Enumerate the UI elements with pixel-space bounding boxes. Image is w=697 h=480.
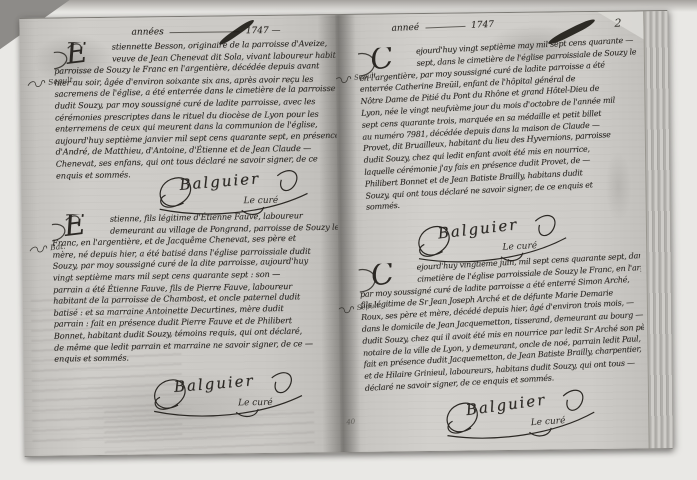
header-rule [425, 25, 465, 28]
signature-flourish-icon [431, 381, 610, 446]
entry-text: cimetière de l'église parroissiale de So… [359, 262, 647, 395]
register-entry: E stienne, fils légitime d'Étienne Fauve… [52, 210, 341, 375]
signature-role: Le curé [502, 241, 537, 253]
right-page: anneé 1747 2 Sepult C ejourd'huy vingt s… [335, 11, 648, 452]
cure-signature: Balguier Le curé [431, 381, 610, 446]
scan-canvas: { "colors":{"ink":"#2b2824","paper":"#c9… [0, 0, 697, 480]
page-header: années 1747 — [131, 26, 280, 38]
signature-role: Le curé [244, 196, 279, 206]
gutter-shadow [317, 15, 360, 452]
book-page-edges [643, 11, 673, 448]
entry-text: veuve de Jean Chenevat dit Sola, vivant … [54, 49, 340, 181]
header-word: années [131, 27, 163, 37]
register-entry: C ejourd'huy vingt septième may mil sept… [358, 34, 645, 220]
margin-paraph-icon [26, 77, 47, 89]
page-number: 2 [614, 17, 621, 30]
left-page: années 1747 — Sepult. E stiennette Besso… [19, 15, 340, 456]
register-book-spread: années 1747 — Sepult. E stiennette Besso… [19, 10, 672, 457]
register-entry: C ejourd'huy vingtième juin, mil sept ce… [358, 250, 647, 401]
cure-signature: Balguier Le curé [140, 365, 317, 421]
entry-text: demeurant au village de Pongrand, parroi… [52, 221, 341, 365]
header-year: 1747 [471, 20, 494, 31]
page-header: anneé 1747 [391, 20, 494, 34]
signature-role: Le curé [238, 398, 273, 408]
entry-text: sept, dans le cimetière de l'église parr… [358, 46, 644, 214]
header-year: 1747 — [246, 26, 281, 36]
header-word: anneé [391, 23, 419, 34]
margin-paraph-icon [28, 243, 49, 255]
